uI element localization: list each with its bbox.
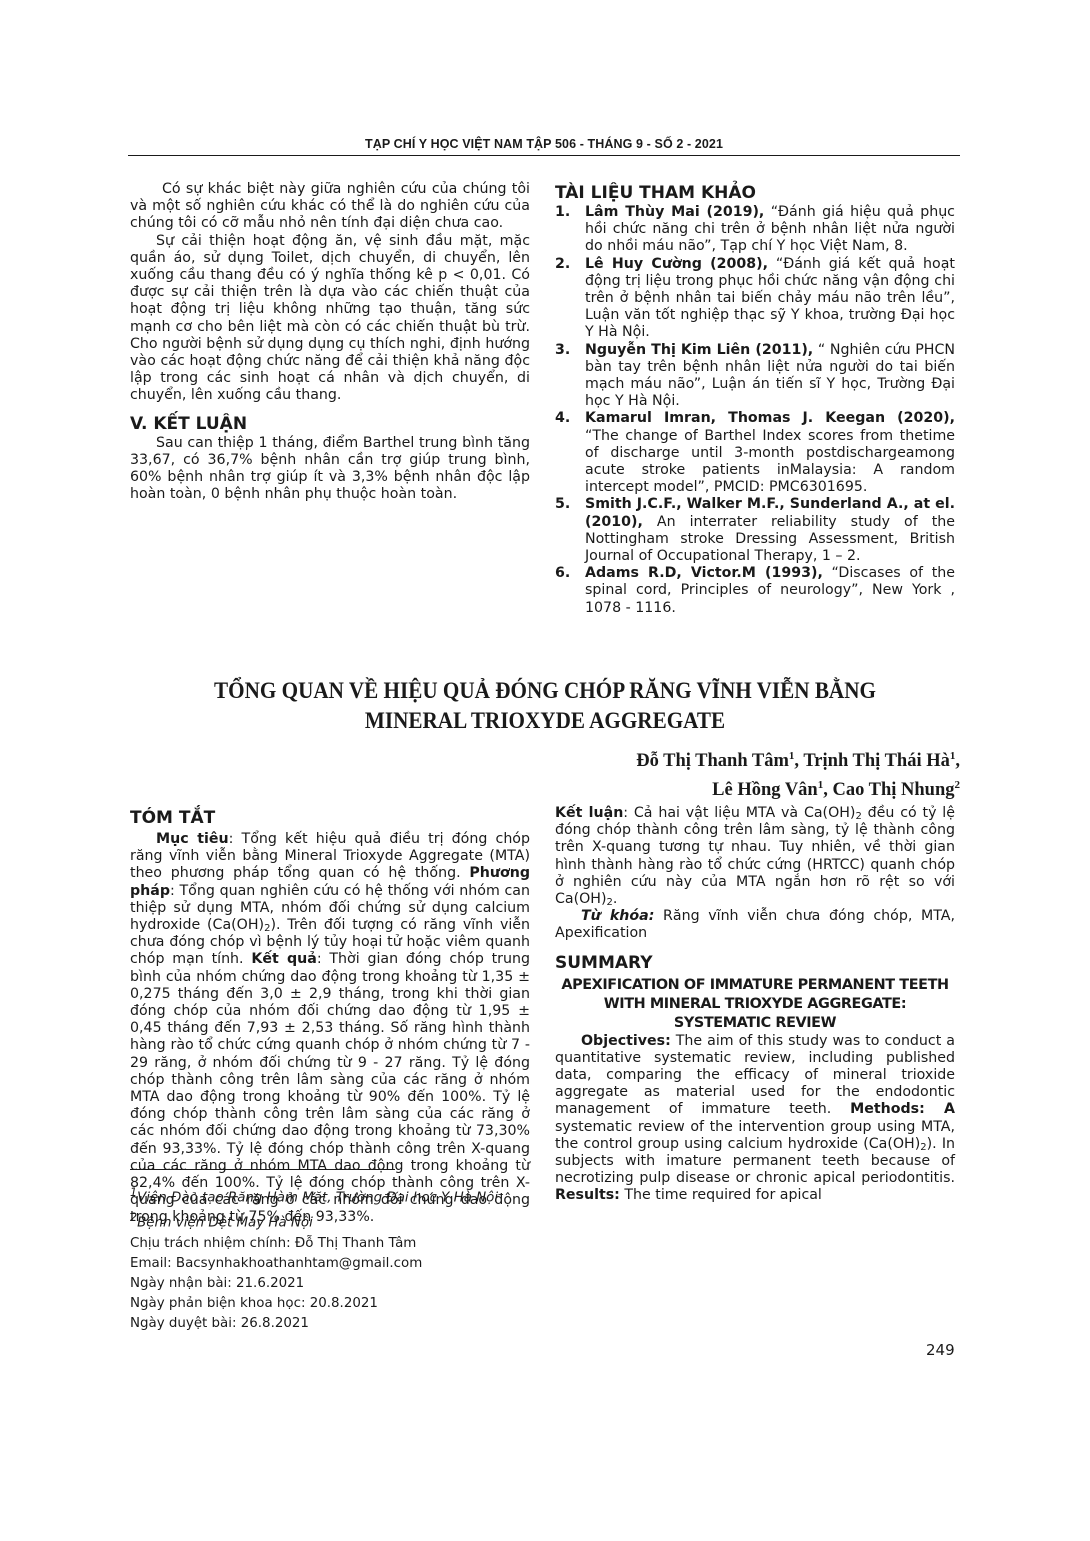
keywords-label: Từ khóa: bbox=[581, 908, 654, 924]
reference-item: 4. Kamarul Imran, Thomas J. Keegan (2020… bbox=[555, 410, 955, 496]
methods-text: systematic review of the intervention gr… bbox=[555, 1119, 955, 1152]
author-list: Đỗ Thị Thanh Tâm1, Trịnh Thị Thái Hà1, L… bbox=[440, 744, 960, 802]
article-title-line-2: MINERAL TRIOXYDE AGGREGATE bbox=[163, 706, 927, 736]
reference-number: 1. bbox=[555, 204, 585, 256]
reference-number: 3. bbox=[555, 342, 585, 411]
author-name: Cao Thị Nhung bbox=[832, 780, 954, 800]
author-name: Đỗ Thị Thanh Tâm bbox=[636, 751, 789, 771]
reference-authors: Lê Huy Cường (2008), bbox=[585, 256, 768, 272]
author-affiliation-mark: 1 bbox=[818, 779, 824, 791]
author-affiliation-mark: 1 bbox=[950, 750, 956, 762]
prev-article-left-column: Có sự khác biệt này giữa nghiên cứu của … bbox=[130, 181, 530, 503]
reference-text: “The change of Barthel Index scores from… bbox=[585, 428, 955, 496]
conclusion-text: : Cả hai vật liệu MTA và Ca(OH) bbox=[623, 805, 855, 821]
reference-authors: Nguyễn Thị Kim Liên (2011), bbox=[585, 342, 813, 358]
affiliation-2: 2Bệnh viện Dệt May Hà Nội bbox=[130, 1208, 550, 1233]
keywords: Từ khóa: Răng vĩnh viễn chưa đóng chóp, … bbox=[555, 908, 955, 942]
objectives-label: Objectives: bbox=[581, 1033, 671, 1049]
conclusion-end: . bbox=[613, 891, 618, 907]
reference-number: 2. bbox=[555, 256, 585, 342]
discussion-paragraph-2: Sự cải thiện hoạt động ăn, vệ sinh đầu m… bbox=[130, 233, 530, 405]
summary-title: APEXIFICATION OF IMMATURE PERMANENT TEET… bbox=[555, 976, 955, 1033]
email: Email: Bacsynhakhoathanhtam@gmail.com bbox=[130, 1254, 550, 1274]
reference-item: 6. Adams R.D, Victor.M (1993), “Discases… bbox=[555, 565, 955, 617]
reference-item: 2. Lê Huy Cường (2008), “Đánh giá kết qu… bbox=[555, 256, 955, 342]
reference-number: 6. bbox=[555, 565, 585, 617]
reference-authors: Lâm Thùy Mai (2019), bbox=[585, 204, 764, 220]
running-header: TẠP CHÍ Y HỌC VIỆT NAM TẬP 506 - THÁNG 9… bbox=[128, 137, 960, 156]
conclusion-label: Kết luận bbox=[555, 805, 623, 821]
summary-paragraph: Objectives: The aim of this study was to… bbox=[555, 1033, 955, 1205]
objective-label: Mục tiêu bbox=[156, 831, 229, 847]
author-name: Trịnh Thị Thái Hà bbox=[803, 751, 950, 771]
author-affiliation-mark: 1 bbox=[789, 750, 795, 762]
article-title-line-1: TỔNG QUAN VỀ HIỆU QUẢ ĐÓNG CHÓP RĂNG VĨN… bbox=[163, 676, 927, 706]
reference-authors: Kamarul Imran, Thomas J. Keegan (2020), bbox=[585, 410, 955, 426]
conclusion-heading: V. KẾT LUẬN bbox=[130, 414, 530, 435]
abstract-right-column: Kết luận: Cả hai vật liệu MTA và Ca(OH)2… bbox=[555, 805, 955, 1205]
accepted-date: Ngày duyệt bài: 26.8.2021 bbox=[130, 1314, 550, 1334]
reference-item: 5. Smith J.C.F., Walker M.F., Sunderland… bbox=[555, 496, 955, 565]
article-title: TỔNG QUAN VỀ HIỆU QUẢ ĐÓNG CHÓP RĂNG VĨN… bbox=[163, 676, 927, 736]
reference-number: 4. bbox=[555, 410, 585, 496]
corresponding-author: Chịu trách nhiệm chính: Đỗ Thị Thanh Tâm bbox=[130, 1234, 550, 1254]
discussion-paragraph-1: Có sự khác biệt này giữa nghiên cứu của … bbox=[130, 181, 530, 233]
references-heading: TÀI LIỆU THAM KHẢO bbox=[555, 183, 955, 204]
reference-authors: Adams R.D, Victor.M (1993), bbox=[585, 565, 823, 581]
footnote-divider bbox=[130, 1169, 395, 1170]
reference-item: 3. Nguyễn Thị Kim Liên (2011), “ Nghiên … bbox=[555, 342, 955, 411]
result-label: Kết quả bbox=[251, 951, 316, 967]
review-date: Ngày phản biện khoa học: 20.8.2021 bbox=[130, 1294, 550, 1314]
results-label: Results: bbox=[555, 1187, 620, 1203]
affiliation-text: Viện Đào tạo Răng Hàm Mặt, Trường Đại họ… bbox=[137, 1190, 498, 1205]
summary-heading: SUMMARY bbox=[555, 953, 955, 974]
page-number: 249 bbox=[926, 1341, 955, 1359]
abstract-heading: TÓM TẮT bbox=[130, 808, 530, 829]
received-date: Ngày nhận bài: 21.6.2021 bbox=[130, 1274, 550, 1294]
reference-number: 5. bbox=[555, 496, 585, 565]
journal-page: TẠP CHÍ Y HỌC VIỆT NAM TẬP 506 - THÁNG 9… bbox=[0, 0, 1090, 1541]
references-section: TÀI LIỆU THAM KHẢO 1. Lâm Thùy Mai (2019… bbox=[555, 183, 955, 617]
footnotes: 1Viện Đào tạo Răng Hàm Mặt, Trường Đại h… bbox=[130, 1183, 550, 1334]
results-text: The time required for apical bbox=[620, 1187, 822, 1203]
abstract-vi-left: TÓM TẮT Mục tiêu: Tổng kết hiệu quả điều… bbox=[130, 808, 530, 1227]
abstract-vi-paragraph: Mục tiêu: Tổng kết hiệu quả điều trị đón… bbox=[130, 831, 530, 1227]
reference-item: 1. Lâm Thùy Mai (2019), “Đánh giá hiệu q… bbox=[555, 204, 955, 256]
methods-label: Methods: A bbox=[850, 1101, 955, 1117]
affiliation-1: 1Viện Đào tạo Răng Hàm Mặt, Trường Đại h… bbox=[130, 1183, 550, 1208]
abstract-vi-continuation: Kết luận: Cả hai vật liệu MTA và Ca(OH)2… bbox=[555, 805, 955, 908]
author-affiliation-mark: 2 bbox=[955, 779, 961, 791]
conclusion-paragraph: Sau can thiệp 1 tháng, điểm Barthel trun… bbox=[130, 435, 530, 504]
affiliation-text: Bệnh viện Dệt May Hà Nội bbox=[137, 1216, 313, 1231]
author-name: Lê Hồng Vân bbox=[712, 780, 818, 800]
